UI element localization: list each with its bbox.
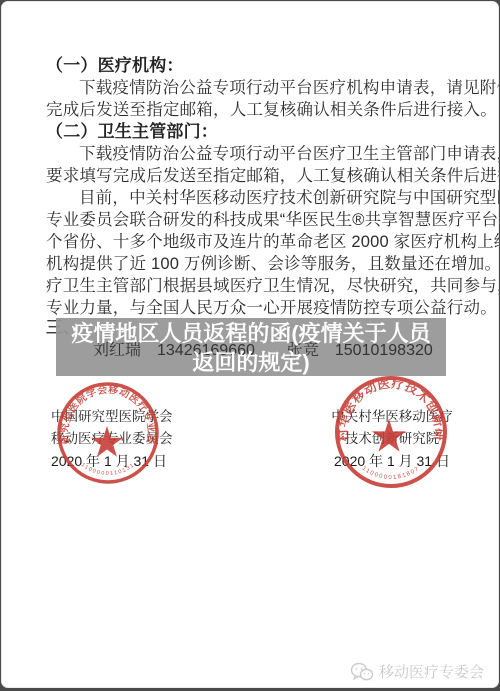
body-line: 完成后发送至指定邮箱，人工复核确认相关条件后进行接入。 bbox=[46, 99, 458, 121]
svg-text:1100000181807: 1100000181807 bbox=[361, 466, 422, 481]
section-heading-two: （二）卫生主管部门： bbox=[46, 121, 458, 143]
watermark-label: 移动医疗专委会 bbox=[379, 661, 484, 682]
overlay-title-line2: 返回的规定) bbox=[56, 348, 446, 377]
body-line: 机构提供了近 100 万例诊断、会诊等服务，且数量还在增加。在此，希望县级医 bbox=[46, 253, 458, 275]
red-seal-icon-left: 中国研究型医院学会移动医疗专业委员会 1100000110131 bbox=[53, 380, 163, 490]
body-line: 要求填写完成后发送至指定邮箱，人工复核确认相关条件后进行接入。 bbox=[46, 165, 458, 187]
body-line: 专业委员会联合研发的科技成果“华医民生®共享智慧医疗平台”已经在全国 7 bbox=[46, 209, 458, 231]
watermark: 移动医疗专委会 bbox=[350, 661, 484, 682]
red-seal-icon-right: 中关村华医移动医疗技术创新研究院 1100000181807 bbox=[330, 376, 452, 490]
star-icon bbox=[91, 426, 123, 457]
left-seal-serial: 1100000110131 bbox=[80, 462, 137, 477]
body-line: 专业力量，与全国人民万众一心开展疫情防控专项公益行动。 bbox=[46, 297, 458, 319]
body-line: 下载疫情防治公益专项行动平台医疗机构申请表，请见附件一，按要求填写 bbox=[46, 77, 491, 99]
body-line: 个省份、十多个地级市及连片的革命老区 2000 家医疗机构上线，已为基层医疗 bbox=[46, 231, 458, 253]
overlay-title-line1: 疫情地区人员返程的函(疫情关于人员 bbox=[56, 319, 446, 348]
star-icon bbox=[372, 419, 406, 452]
body-line: 下载疫情防治公益专项行动平台医疗卫生主管部门申请表，请见附件二，按 bbox=[46, 143, 491, 165]
svg-text:1100000110131: 1100000110131 bbox=[80, 462, 137, 477]
document-page: （一）医疗机构： 下载疫情防治公益专项行动平台医疗机构申请表，请见附件一，按要求… bbox=[1, 1, 499, 688]
section-heading-one: （一）医疗机构： bbox=[46, 55, 458, 77]
title-overlay-text: 疫情地区人员返程的函(疫情关于人员 返回的规定) bbox=[56, 319, 446, 377]
body-line: 目前，中关村华医移动医疗技术创新研究院与中国研究型医院学会移动医疗 bbox=[46, 187, 491, 209]
body-line: 疗卫生主管部门根据县域医疗卫生情况，尽快研究，共同参与，让我们用我们的 bbox=[46, 275, 458, 297]
right-seal-serial: 1100000181807 bbox=[361, 466, 422, 481]
wechat-icon bbox=[350, 662, 374, 681]
